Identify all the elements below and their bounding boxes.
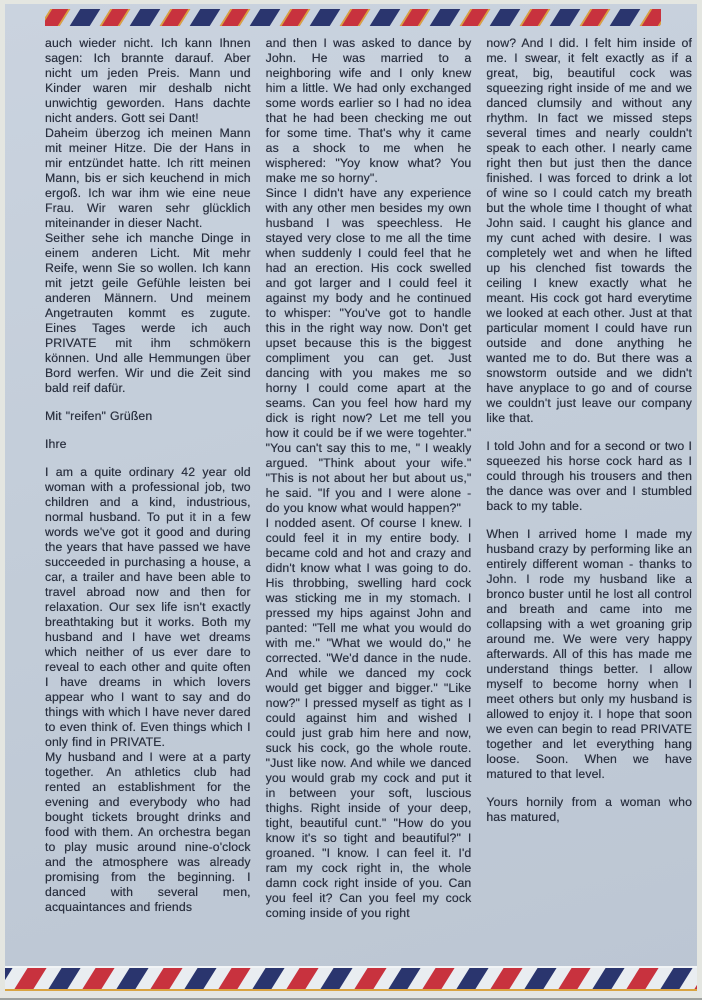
airmail-stripe bbox=[422, 968, 454, 989]
airmail-stripe-border-top bbox=[45, 9, 661, 26]
airmail-stripe bbox=[550, 9, 581, 26]
airmail-stripe bbox=[100, 9, 131, 26]
airmail-stripe bbox=[130, 9, 161, 26]
text-column-right: now? And I did. I felt him inside of me.… bbox=[486, 36, 692, 961]
text-column-middle: and then I was asked to dance by John. H… bbox=[266, 36, 472, 961]
paragraph: I am a quite ordinary 42 year old woman … bbox=[45, 465, 251, 750]
airmail-stripe bbox=[160, 9, 191, 26]
airmail-stripe bbox=[610, 9, 641, 26]
airmail-stripe bbox=[82, 968, 114, 989]
airmail-stripe bbox=[524, 968, 556, 989]
airmail-stripe bbox=[286, 968, 318, 989]
paragraph: now? And I did. I felt him inside of me.… bbox=[486, 36, 692, 426]
airmail-stripe bbox=[45, 9, 70, 26]
airmail-stripe bbox=[252, 968, 284, 989]
airmail-stripe bbox=[184, 968, 216, 989]
airmail-stripe bbox=[520, 9, 551, 26]
airmail-stripe bbox=[490, 968, 522, 989]
paragraph: Seither sehe ich manche Dinge in einem a… bbox=[45, 231, 251, 396]
airmail-stripe bbox=[354, 968, 386, 989]
airmail-stripe bbox=[310, 9, 341, 26]
text-column-left: auch wieder nicht. Ich kann Ihnen sagen:… bbox=[45, 36, 251, 961]
airmail-stripe bbox=[14, 968, 46, 989]
paragraph: and then I was asked to dance by John. H… bbox=[266, 36, 472, 186]
airmail-stripe-border-bottom bbox=[5, 966, 697, 991]
paragraph: I nodded asent. Of course I knew. I coul… bbox=[266, 516, 472, 921]
paragraph: Since I didn't have any experience with … bbox=[266, 186, 472, 516]
scanned-magazine-page: { "decor": { "page_bg": "#c3cdd9", "text… bbox=[0, 0, 702, 1000]
paragraph: Ihre bbox=[45, 437, 251, 452]
paragraph: I told John and for a second or two I sq… bbox=[486, 439, 692, 514]
airmail-stripe bbox=[388, 968, 420, 989]
airmail-stripe bbox=[558, 968, 590, 989]
airmail-stripe bbox=[660, 968, 692, 989]
airmail-stripe bbox=[116, 968, 148, 989]
airmail-stripe bbox=[460, 9, 491, 26]
airmail-stripe bbox=[48, 968, 80, 989]
airmail-stripe bbox=[340, 9, 371, 26]
airmail-stripe bbox=[370, 9, 401, 26]
airmail-stripe bbox=[400, 9, 431, 26]
airmail-stripe bbox=[5, 968, 13, 989]
airmail-stripe bbox=[218, 968, 250, 989]
page-background: auch wieder nicht. Ich kann Ihnen sagen:… bbox=[5, 4, 697, 991]
airmail-stripe bbox=[150, 968, 182, 989]
paragraph: Mit "reifen" Grüßen bbox=[45, 409, 251, 424]
airmail-stripe bbox=[580, 9, 611, 26]
airmail-stripe bbox=[490, 9, 521, 26]
airmail-stripe bbox=[640, 9, 661, 26]
airmail-stripe bbox=[250, 9, 281, 26]
airmail-stripe bbox=[280, 9, 311, 26]
airmail-stripe bbox=[220, 9, 251, 26]
paragraph: When I arrived home I made my husband cr… bbox=[486, 527, 692, 782]
paragraph: auch wieder nicht. Ich kann Ihnen sagen:… bbox=[45, 36, 251, 126]
airmail-stripe bbox=[190, 9, 221, 26]
airmail-stripe bbox=[320, 968, 352, 989]
letter-text-area: auch wieder nicht. Ich kann Ihnen sagen:… bbox=[45, 36, 692, 961]
airmail-stripe bbox=[430, 9, 461, 26]
airmail-stripe bbox=[694, 968, 697, 989]
airmail-stripe bbox=[592, 968, 624, 989]
airmail-stripe bbox=[456, 968, 488, 989]
paragraph: My husband and I were at a party togethe… bbox=[45, 750, 251, 915]
airmail-stripe bbox=[626, 968, 658, 989]
paragraph: Daheim überzog ich meinen Mann mit meine… bbox=[45, 126, 251, 231]
airmail-stripe bbox=[70, 9, 101, 26]
paragraph: Yours hornily from a woman who has matur… bbox=[486, 795, 692, 825]
